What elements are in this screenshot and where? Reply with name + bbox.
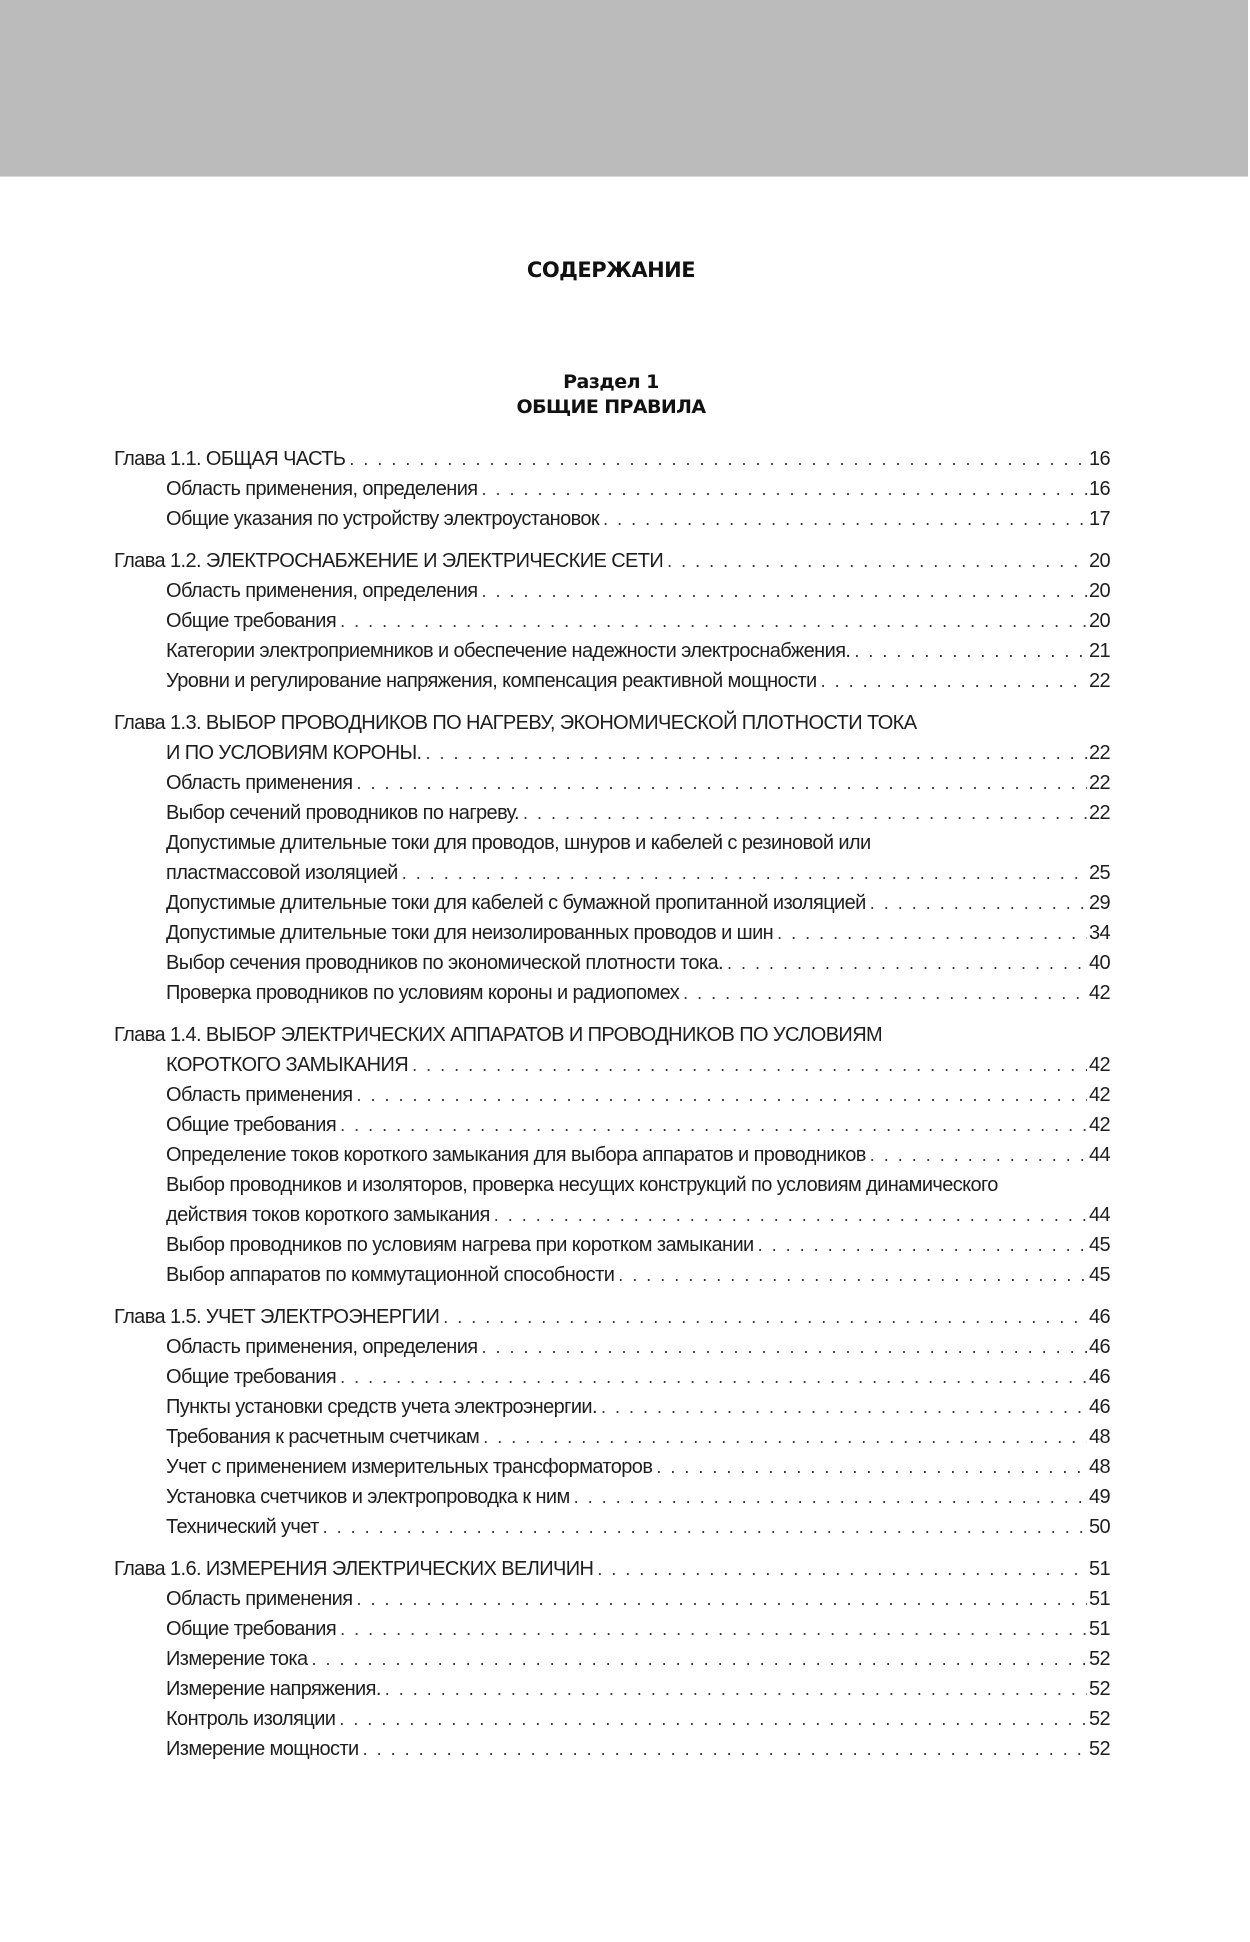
toc-entry-label: Выбор аппаратов по коммутационной способ… [166, 1260, 618, 1290]
section-title: ОБЩИЕ ПРАВИЛА [0, 396, 1222, 418]
toc-entry-label: Общие требования [166, 1110, 340, 1140]
toc-entry-label: Допустимые длительные токи для неизолиро… [166, 918, 777, 948]
page-number: 46 [1087, 1302, 1110, 1332]
dot-leader [340, 1362, 1087, 1392]
toc-entry[interactable]: Область применения22 [114, 768, 1110, 798]
toc-entry-label: Измерение напряжения. [166, 1674, 385, 1704]
toc-entry[interactable]: Выбор аппаратов по коммутационной способ… [114, 1260, 1110, 1290]
dot-leader [402, 858, 1087, 888]
toc-entry-label: Область применения [166, 1080, 356, 1110]
toc-entry[interactable]: Уровни и регулирование напряжения, компе… [114, 666, 1110, 696]
page-number: 42 [1087, 1110, 1110, 1140]
page-title: СОДЕРЖАНИЕ [0, 258, 1222, 282]
toc-entry-label: Общие требования [166, 1362, 340, 1392]
dot-leader [758, 1230, 1087, 1260]
toc-entry-label: Учет с применением измерительных трансфо… [166, 1452, 656, 1482]
toc-entry-label: Область применения, определения [166, 1332, 482, 1362]
toc-entry-label: Выбор проводников по условиям нагрева пр… [166, 1230, 758, 1260]
page-number: 44 [1087, 1140, 1110, 1170]
dot-leader [494, 1200, 1087, 1230]
page-number: 46 [1087, 1392, 1110, 1422]
toc-entry[interactable]: Технический учет50 [114, 1512, 1110, 1542]
dot-leader [356, 1080, 1086, 1110]
toc-entry[interactable]: Общие требования51 [114, 1614, 1110, 1644]
toc-chapter-title-label: КОРОТКОГО ЗАМЫКАНИЯ [166, 1050, 412, 1080]
dot-leader [667, 546, 1087, 576]
toc-chapter-title-label: Глава 1.6. ИЗМЕРЕНИЯ ЭЛЕКТРИЧЕСКИХ ВЕЛИЧ… [114, 1554, 597, 1584]
toc-chapter-title[interactable]: И ПО УСЛОВИЯМ КОРОНЫ.22 [114, 738, 1110, 768]
page-number: 49 [1087, 1482, 1110, 1512]
dot-leader [340, 606, 1087, 636]
toc-entry-label: действия токов короткого замыкания [166, 1200, 494, 1230]
dot-leader [356, 1584, 1086, 1614]
page-number: 22 [1087, 738, 1110, 768]
page-number: 17 [1087, 504, 1110, 534]
toc-entry[interactable]: Учет с применением измерительных трансфо… [114, 1452, 1110, 1482]
page-number: 21 [1087, 636, 1110, 666]
toc-entry[interactable]: Выбор сечений проводников по нагреву.22 [114, 798, 1110, 828]
top-gray-band [0, 0, 1248, 177]
toc-chapter: Глава 1.2. ЭЛЕКТРОСНАБЖЕНИЕ И ЭЛЕКТРИЧЕС… [114, 546, 1110, 696]
dot-leader [683, 978, 1087, 1008]
dot-leader [339, 1704, 1087, 1734]
toc-entry-label: Требования к расчетным счетчикам [166, 1422, 483, 1452]
page-number: 40 [1087, 948, 1110, 978]
dot-leader [821, 666, 1087, 696]
page-number: 29 [1087, 888, 1110, 918]
dot-leader [777, 918, 1087, 948]
toc-entry[interactable]: Проверка проводников по условиям короны … [114, 978, 1110, 1008]
toc-entry[interactable]: действия токов короткого замыкания44 [114, 1200, 1110, 1230]
toc-chapter: Глава 1.5. УЧЕТ ЭЛЕКТРОЭНЕРГИИ46Область … [114, 1302, 1110, 1542]
dot-leader [356, 768, 1086, 798]
toc-entry-label: Определение токов короткого замыкания дл… [166, 1140, 870, 1170]
page-number: 20 [1087, 576, 1110, 606]
toc-chapter-title[interactable]: Глава 1.5. УЧЕТ ЭЛЕКТРОЭНЕРГИИ46 [114, 1302, 1110, 1332]
toc-entry[interactable]: Выбор проводников по условиям нагрева пр… [114, 1230, 1110, 1260]
table-of-contents: Глава 1.1. ОБЩАЯ ЧАСТЬ16Область применен… [114, 444, 1110, 1764]
page-number: 52 [1087, 1674, 1110, 1704]
toc-entry-label: Допустимые длительные токи для проводов,… [166, 828, 871, 858]
dot-leader [574, 1482, 1087, 1512]
toc-entry[interactable]: Общие требования46 [114, 1362, 1110, 1392]
toc-chapter-title[interactable]: Глава 1.6. ИЗМЕРЕНИЯ ЭЛЕКТРИЧЕСКИХ ВЕЛИЧ… [114, 1554, 1110, 1584]
toc-entry[interactable]: Область применения, определения16 [114, 474, 1110, 504]
toc-chapter-title-label: Глава 1.1. ОБЩАЯ ЧАСТЬ [114, 444, 349, 474]
toc-entry[interactable]: Область применения, определения20 [114, 576, 1110, 606]
toc-entry-label: Выбор сечений проводников по нагреву. [166, 798, 523, 828]
page-number: 25 [1087, 858, 1110, 888]
toc-entry-label: Контроль изоляции [166, 1704, 339, 1734]
toc-entry[interactable]: пластмассовой изоляцией25 [114, 858, 1110, 888]
dot-leader [363, 1734, 1087, 1764]
toc-entry[interactable]: Установка счетчиков и электропроводка к … [114, 1482, 1110, 1512]
page-number: 20 [1087, 606, 1110, 636]
toc-entry-label: Общие требования [166, 1614, 340, 1644]
toc-entry[interactable]: Определение токов короткого замыкания дл… [114, 1140, 1110, 1170]
toc-chapter: Глава 1.1. ОБЩАЯ ЧАСТЬ16Область применен… [114, 444, 1110, 534]
page-number: 46 [1087, 1332, 1110, 1362]
toc-chapter-title[interactable]: Глава 1.1. ОБЩАЯ ЧАСТЬ16 [114, 444, 1110, 474]
toc-entry-label: Область применения, определения [166, 474, 482, 504]
dot-leader [349, 444, 1087, 474]
toc-entry-label: пластмассовой изоляцией [166, 858, 402, 888]
page-number: 42 [1087, 1050, 1110, 1080]
page-number: 51 [1087, 1584, 1110, 1614]
toc-chapter: Глава 1.4. ВЫБОР ЭЛЕКТРИЧЕСКИХ АППАРАТОВ… [114, 1020, 1110, 1290]
toc-entry-label: Уровни и регулирование напряжения, компе… [166, 666, 821, 696]
dot-leader [523, 798, 1087, 828]
toc-entry[interactable]: Допустимые длительные токи для неизолиро… [114, 918, 1110, 948]
dot-leader [340, 1110, 1087, 1140]
page-number: 16 [1087, 444, 1110, 474]
dot-leader [603, 504, 1087, 534]
toc-chapter-title[interactable]: КОРОТКОГО ЗАМЫКАНИЯ42 [114, 1050, 1110, 1080]
dot-leader [482, 576, 1087, 606]
page-number: 45 [1087, 1230, 1110, 1260]
page-number: 34 [1087, 918, 1110, 948]
toc-entry[interactable]: Область применения51 [114, 1584, 1110, 1614]
dot-leader [482, 1332, 1087, 1362]
toc-entry[interactable]: Измерение тока52 [114, 1644, 1110, 1674]
toc-entry-label: Выбор проводников и изоляторов, проверка… [166, 1170, 998, 1200]
dot-leader [312, 1644, 1087, 1674]
page-number: 42 [1087, 1080, 1110, 1110]
dot-leader [483, 1422, 1087, 1452]
toc-entry-label: Общие требования [166, 606, 340, 636]
toc-entry[interactable]: Контроль изоляции52 [114, 1704, 1110, 1734]
toc-chapter: Глава 1.3. ВЫБОР ПРОВОДНИКОВ ПО НАГРЕВУ,… [114, 708, 1110, 1008]
toc-entry[interactable]: Категории электроприемников и обеспечени… [114, 636, 1110, 666]
page-number: 51 [1087, 1614, 1110, 1644]
toc-entry[interactable]: Область применения42 [114, 1080, 1110, 1110]
page-number: 50 [1087, 1512, 1110, 1542]
toc-entry[interactable]: Допустимые длительные токи для кабелей с… [114, 888, 1110, 918]
toc-entry-label: Область применения, определения [166, 576, 482, 606]
toc-chapter: Глава 1.6. ИЗМЕРЕНИЯ ЭЛЕКТРИЧЕСКИХ ВЕЛИЧ… [114, 1554, 1110, 1764]
toc-entry-label: Допустимые длительные токи для кабелей с… [166, 888, 870, 918]
toc-entry-label: Измерение мощности [166, 1734, 363, 1764]
toc-chapter-title-label: Глава 1.3. ВЫБОР ПРОВОДНИКОВ ПО НАГРЕВУ,… [114, 708, 916, 738]
toc-entry[interactable]: Допустимые длительные токи для проводов,… [114, 828, 1110, 858]
toc-entry-label: Проверка проводников по условиям короны … [166, 978, 683, 1008]
toc-entry-label: Общие указания по устройству электроуста… [166, 504, 603, 534]
page-number: 46 [1087, 1362, 1110, 1392]
dot-leader [412, 1050, 1087, 1080]
dot-leader [727, 948, 1087, 978]
page-number: 48 [1087, 1422, 1110, 1452]
toc-entry[interactable]: Измерение мощности52 [114, 1734, 1110, 1764]
page-number: 22 [1087, 798, 1110, 828]
toc-chapter-title[interactable]: Глава 1.4. ВЫБОР ЭЛЕКТРИЧЕСКИХ АППАРАТОВ… [114, 1020, 1110, 1050]
toc-entry[interactable]: Выбор сечения проводников по экономическ… [114, 948, 1110, 978]
dot-leader [385, 1674, 1087, 1704]
dot-leader [656, 1452, 1087, 1482]
toc-entry[interactable]: Общие требования20 [114, 606, 1110, 636]
page-number: 22 [1087, 768, 1110, 798]
toc-entry-label: Категории электроприемников и обеспечени… [166, 636, 854, 666]
toc-entry-label: Пункты установки средств учета электроэн… [166, 1392, 601, 1422]
page-number: 52 [1087, 1644, 1110, 1674]
toc-entry-label: Технический учет [166, 1512, 323, 1542]
dot-leader [870, 888, 1087, 918]
dot-leader [870, 1140, 1087, 1170]
dot-leader [340, 1614, 1087, 1644]
toc-entry-label: Область применения [166, 768, 356, 798]
toc-chapter-title[interactable]: Глава 1.3. ВЫБОР ПРОВОДНИКОВ ПО НАГРЕВУ,… [114, 708, 1110, 738]
page-number: 22 [1087, 666, 1110, 696]
dot-leader [597, 1554, 1087, 1584]
toc-chapter-title-label: И ПО УСЛОВИЯМ КОРОНЫ. [166, 738, 426, 768]
page-number: 52 [1087, 1734, 1110, 1764]
page-number: 45 [1087, 1260, 1110, 1290]
dot-leader [601, 1392, 1087, 1422]
dot-leader [323, 1512, 1087, 1542]
page-number: 51 [1087, 1554, 1110, 1584]
page-number: 48 [1087, 1452, 1110, 1482]
toc-entry[interactable]: Пункты установки средств учета электроэн… [114, 1392, 1110, 1422]
toc-entry[interactable]: Общие требования42 [114, 1110, 1110, 1140]
toc-entry-label: Выбор сечения проводников по экономическ… [166, 948, 727, 978]
page-number: 20 [1087, 546, 1110, 576]
toc-chapter-title-label: Глава 1.2. ЭЛЕКТРОСНАБЖЕНИЕ И ЭЛЕКТРИЧЕС… [114, 546, 667, 576]
dot-leader [854, 636, 1087, 666]
toc-entry[interactable]: Выбор проводников и изоляторов, проверка… [114, 1170, 1110, 1200]
toc-chapter-title[interactable]: Глава 1.2. ЭЛЕКТРОСНАБЖЕНИЕ И ЭЛЕКТРИЧЕС… [114, 546, 1110, 576]
toc-entry[interactable]: Область применения, определения46 [114, 1332, 1110, 1362]
toc-entry-label: Область применения [166, 1584, 356, 1614]
dot-leader [426, 738, 1087, 768]
toc-chapter-title-label: Глава 1.5. УЧЕТ ЭЛЕКТРОЭНЕРГИИ [114, 1302, 443, 1332]
page-number: 44 [1087, 1200, 1110, 1230]
toc-entry-label: Установка счетчиков и электропроводка к … [166, 1482, 574, 1512]
toc-entry[interactable]: Измерение напряжения.52 [114, 1674, 1110, 1704]
page-number: 16 [1087, 474, 1110, 504]
dot-leader [482, 474, 1087, 504]
toc-chapter-title-label: Глава 1.4. ВЫБОР ЭЛЕКТРИЧЕСКИХ АППАРАТОВ… [114, 1020, 882, 1050]
page-number: 52 [1087, 1704, 1110, 1734]
page-number: 42 [1087, 978, 1110, 1008]
section-label: Раздел 1 [0, 371, 1222, 393]
toc-entry-label: Измерение тока [166, 1644, 312, 1674]
dot-leader [618, 1260, 1087, 1290]
toc-entry[interactable]: Требования к расчетным счетчикам48 [114, 1422, 1110, 1452]
dot-leader [443, 1302, 1087, 1332]
toc-entry[interactable]: Общие указания по устройству электроуста… [114, 504, 1110, 534]
